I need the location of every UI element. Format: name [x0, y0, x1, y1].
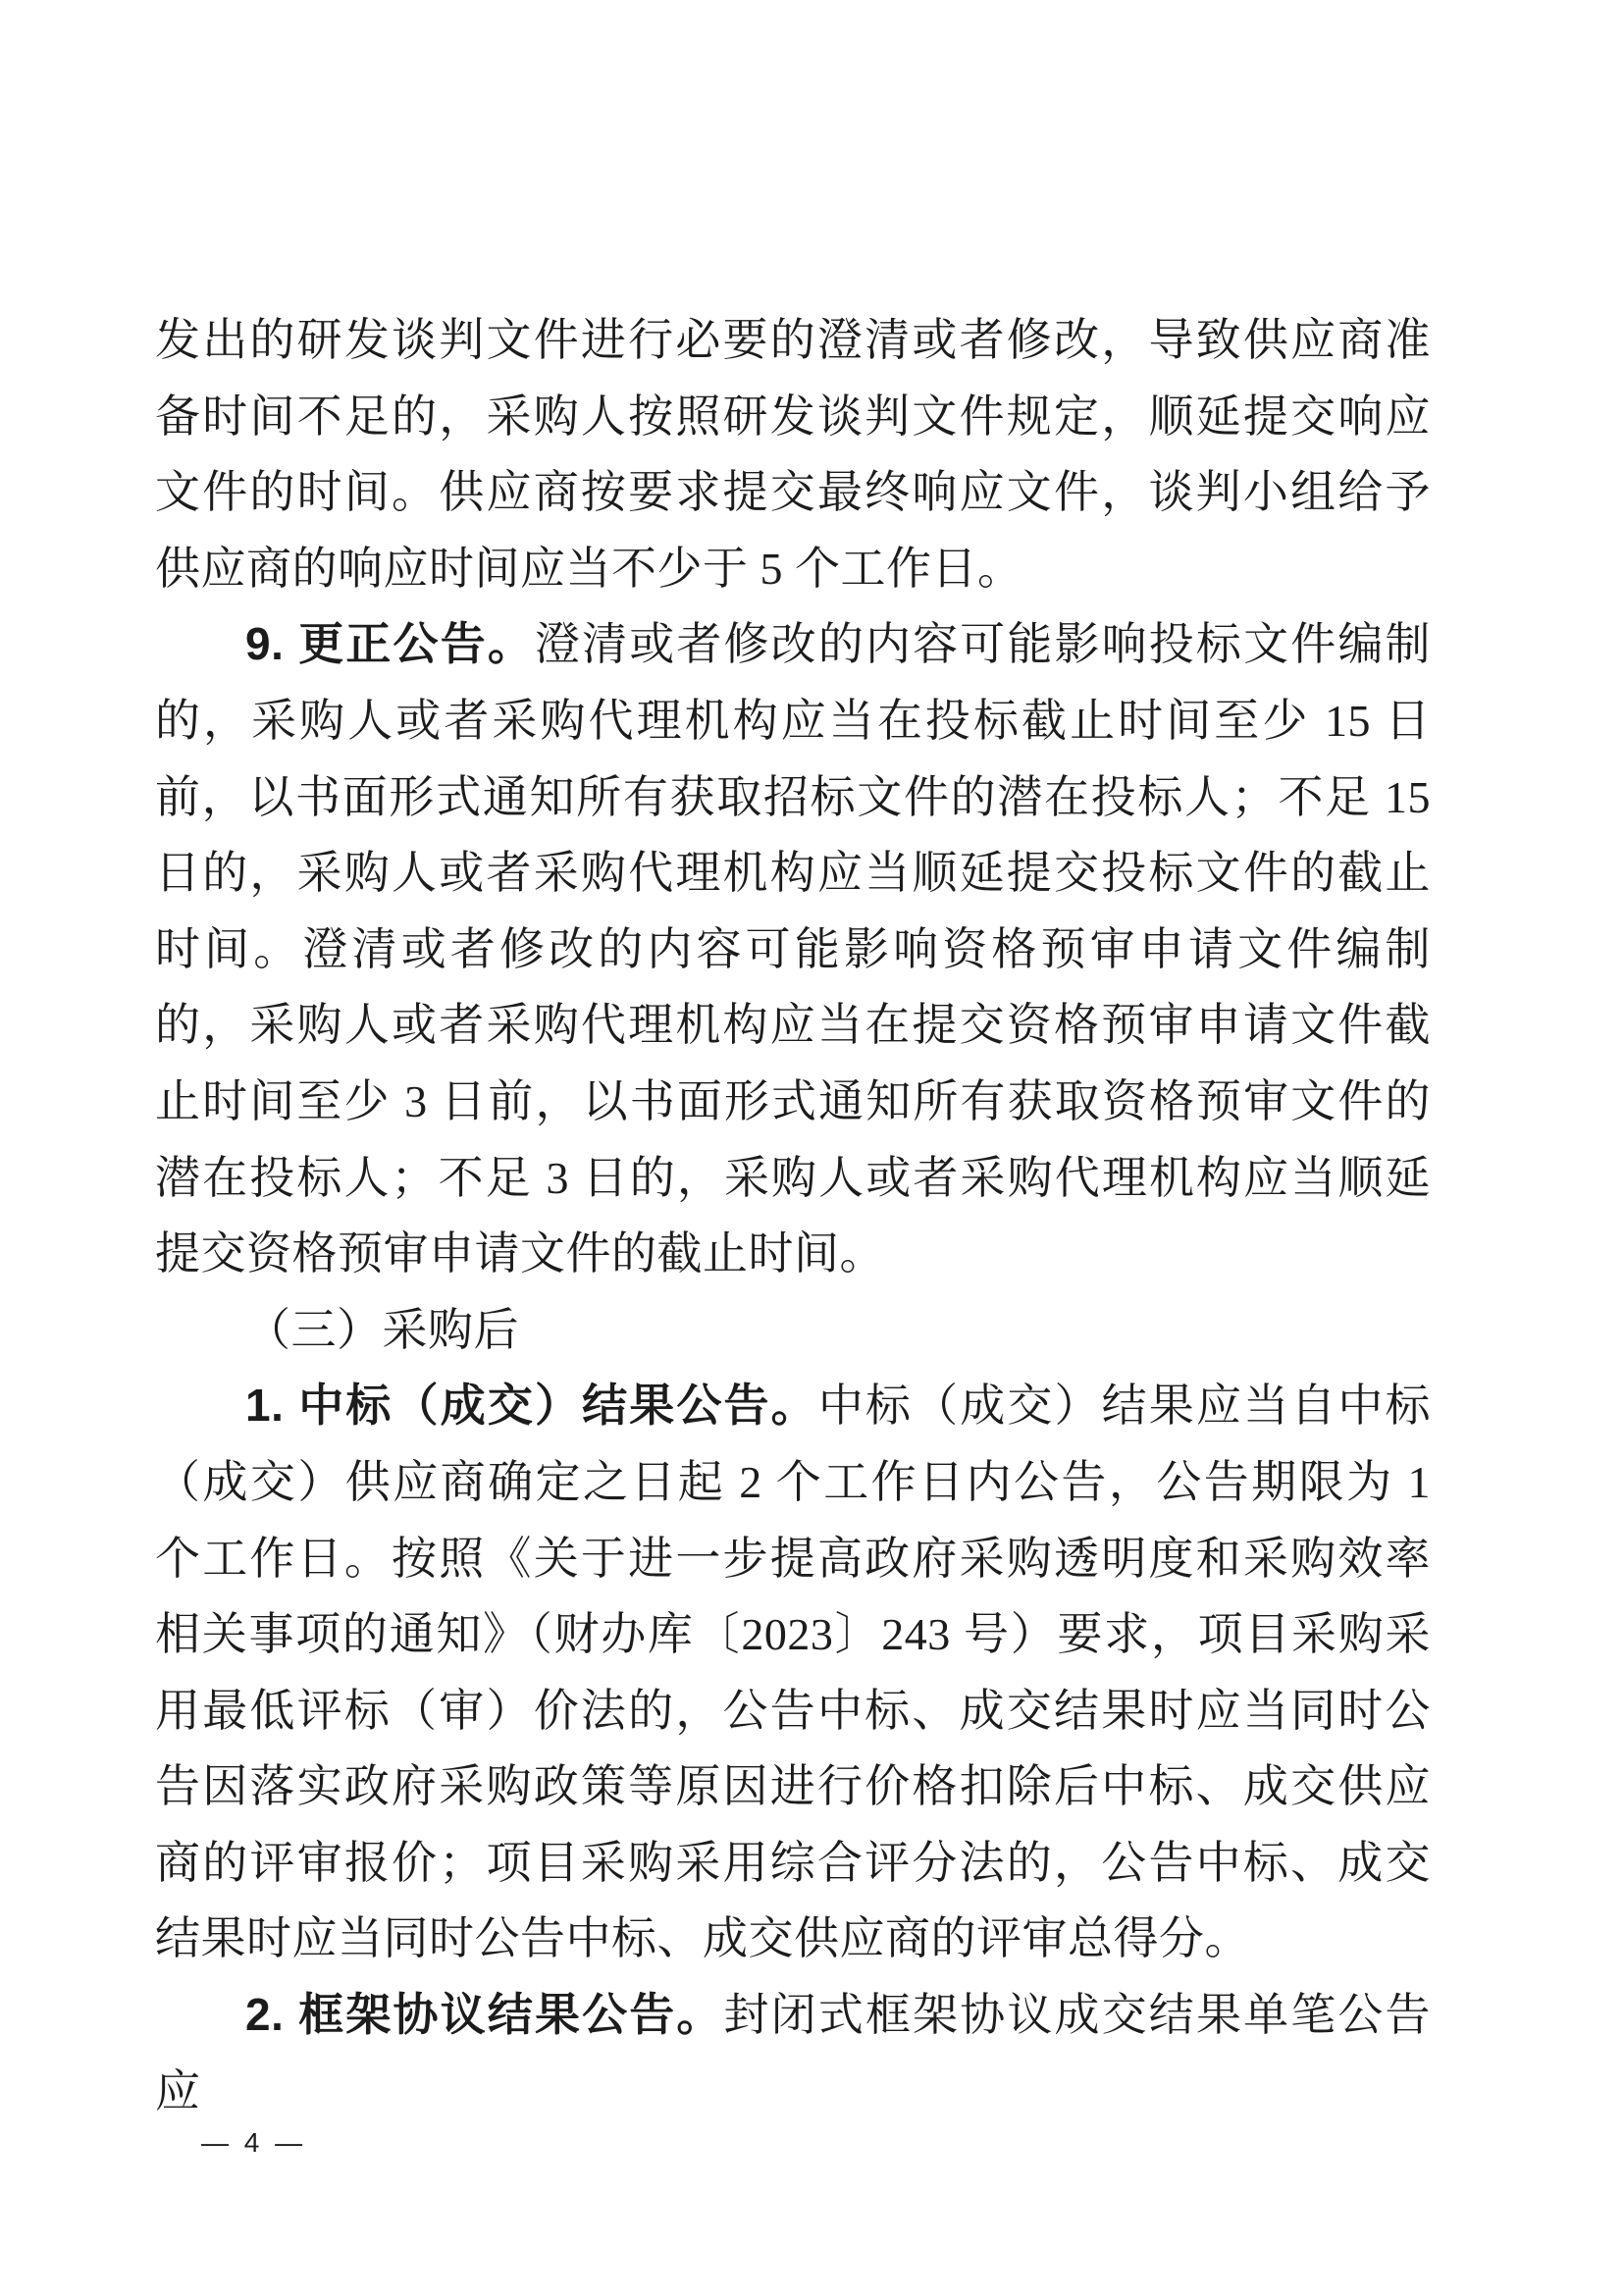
paragraph-item-9: 9. 更正公告。澄清或者修改的内容可能影响投标文件编制的，采购人或者采购代理机构… [155, 606, 1431, 1291]
page-number: — 4 — [201, 2127, 306, 2159]
document-page: 发出的研发谈判文件进行必要的澄清或者修改，导致供应商准备时间不足的，采购人按照研… [0, 0, 1624, 2296]
paragraph-item-1: 1. 中标（成交）结果公告。中标（成交）结果应当自中标（成交）供应商确定之日起 … [155, 1368, 1431, 1977]
paragraph-text: 澄清或者修改的内容可能影响投标文件编制的，采购人或者采购代理机构应当在投标截止时… [155, 619, 1431, 1278]
paragraph-lead-bold: 2. 框架协议结果公告。 [245, 1989, 724, 2040]
section-heading-3: （三）采购后 [155, 1292, 1431, 1369]
paragraph-text: 中标（成交）结果应当自中标（成交）供应商确定之日起 2 个工作日内公告，公告期限… [155, 1381, 1431, 1963]
paragraph-lead-bold: 1. 中标（成交）结果公告。 [245, 1380, 818, 1431]
paragraph-item-2: 2. 框架协议结果公告。封闭式框架协议成交结果单笔公告应 [155, 1977, 1431, 2129]
paragraph-text: 发出的研发谈判文件进行必要的澄清或者修改，导致供应商准备时间不足的，采购人按照研… [155, 315, 1431, 594]
paragraph-lead-bold: 9. 更正公告。 [245, 618, 535, 669]
section-heading-text: （三）采购后 [245, 1305, 519, 1355]
paragraph-continuation: 发出的研发谈判文件进行必要的澄清或者修改，导致供应商准备时间不足的，采购人按照研… [155, 302, 1431, 606]
document-body: 发出的研发谈判文件进行必要的澄清或者修改，导致供应商准备时间不足的，采购人按照研… [155, 302, 1431, 2129]
